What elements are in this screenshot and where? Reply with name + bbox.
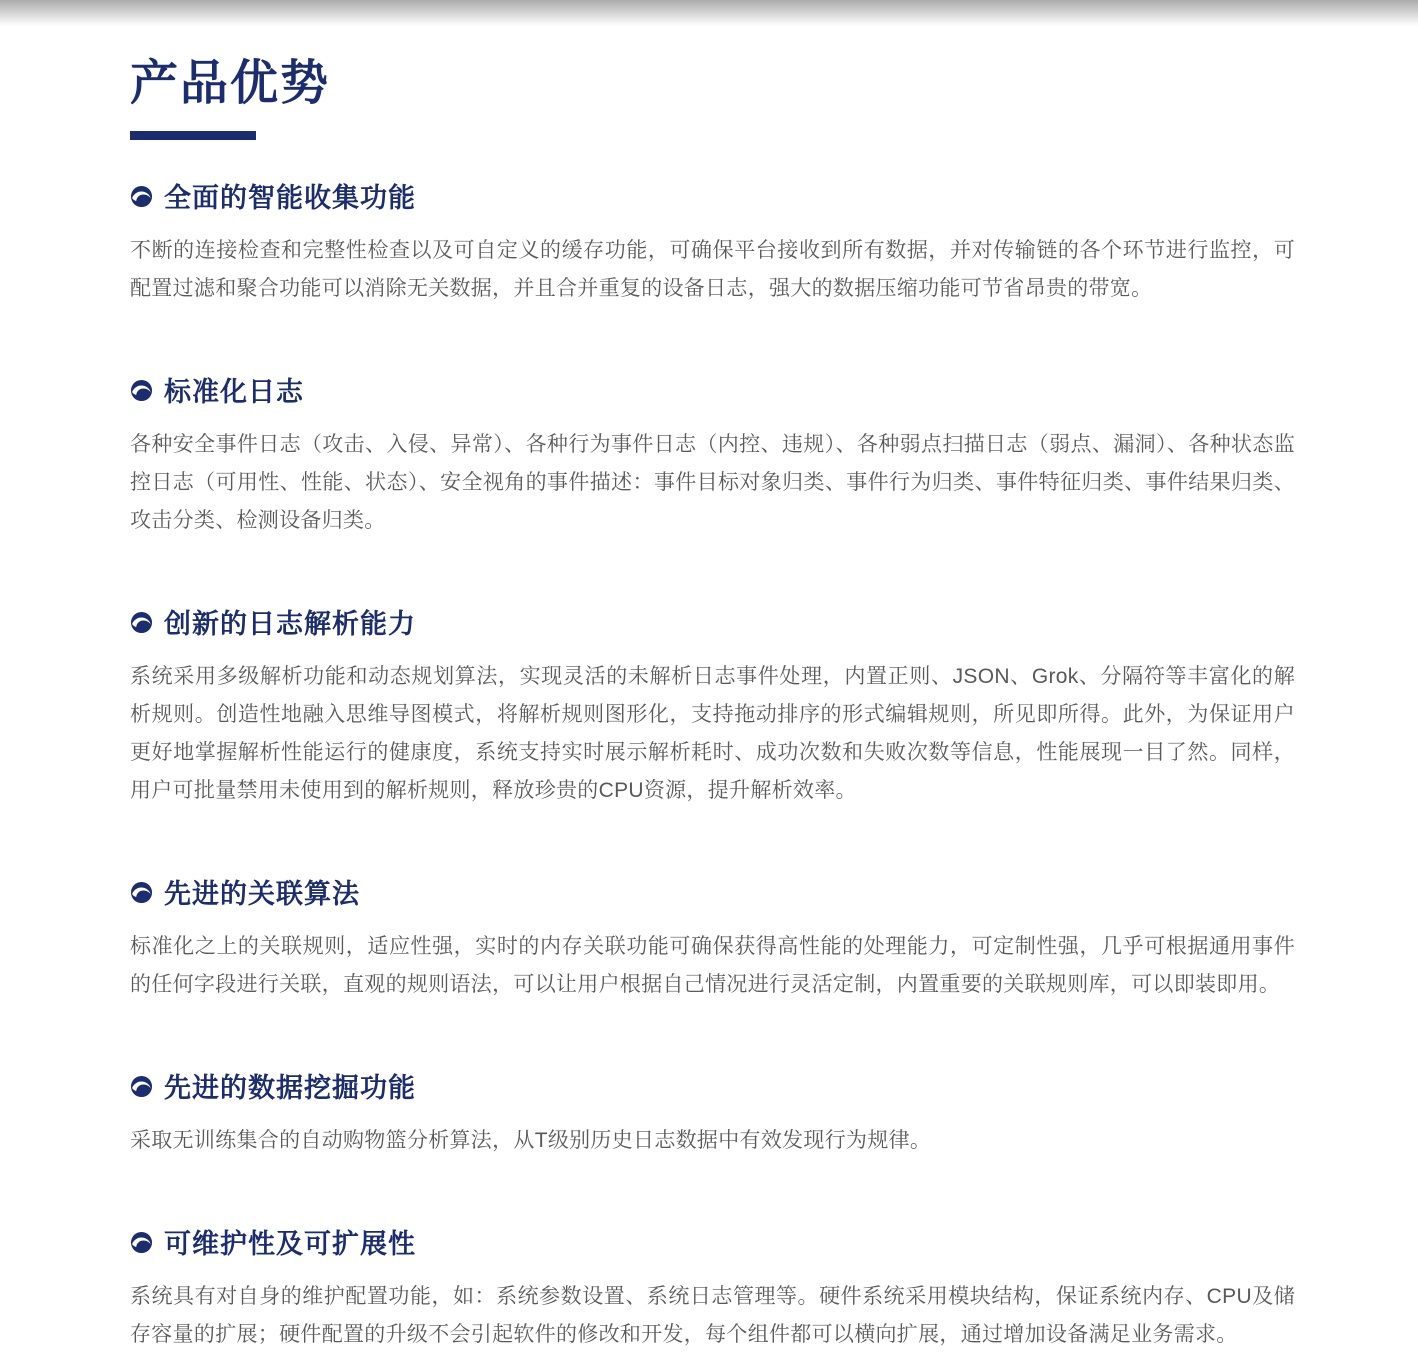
swirl-icon (130, 610, 153, 633)
feature-heading-label: 创新的日志解析能力 (164, 602, 416, 641)
feature-heading: 先进的关联算法 (130, 872, 1295, 911)
feature-heading: 全面的智能收集功能 (130, 176, 1295, 215)
feature-heading: 先进的数据挖掘功能 (130, 1066, 1295, 1105)
feature-section-log-parsing: 创新的日志解析能力 系统采用多级解析功能和动态规划算法，实现灵活的未解析日志事件… (130, 602, 1295, 810)
feature-heading-label: 先进的关联算法 (164, 872, 360, 911)
feature-body: 采取无训练集合的自动购物篮分析算法，从T级别历史日志数据中有效发现行为规律。 (130, 1122, 1295, 1160)
feature-heading: 创新的日志解析能力 (130, 602, 1295, 641)
feature-heading-label: 可维护性及可扩展性 (164, 1222, 416, 1261)
feature-section-standardized-logs: 标准化日志 各种安全事件日志（攻击、入侵、异常）、各种行为事件日志（内控、违规）… (130, 370, 1295, 540)
feature-section-data-mining: 先进的数据挖掘功能 采取无训练集合的自动购物篮分析算法，从T级别历史日志数据中有… (130, 1066, 1295, 1160)
page-title: 产品优势 (130, 56, 1295, 111)
feature-body: 标准化之上的关联规则，适应性强，实时的内存关联功能可确保获得高性能的处理能力，可… (130, 928, 1295, 1004)
feature-body: 不断的连接检查和完整性检查以及可自定义的缓存功能，可确保平台接收到所有数据，并对… (130, 232, 1295, 308)
feature-section-smart-collection: 全面的智能收集功能 不断的连接检查和完整性检查以及可自定义的缓存功能，可确保平台… (130, 176, 1295, 308)
feature-heading: 标准化日志 (130, 370, 1295, 409)
feature-heading-label: 标准化日志 (164, 370, 304, 409)
feature-heading-label: 先进的数据挖掘功能 (164, 1066, 416, 1105)
feature-heading-label: 全面的智能收集功能 (164, 176, 416, 215)
title-underline (130, 131, 256, 140)
feature-section-correlation-algorithm: 先进的关联算法 标准化之上的关联规则，适应性强，实时的内存关联功能可确保获得高性… (130, 872, 1295, 1004)
swirl-icon (130, 880, 153, 903)
product-advantages-page: 产品优势 全面的智能收集功能 不断的连接检查和完整性检查以及可自定义的缓存功能，… (0, 0, 1418, 1354)
feature-body: 各种安全事件日志（攻击、入侵、异常）、各种行为事件日志（内控、违规）、各种弱点扫… (130, 426, 1295, 540)
feature-body: 系统采用多级解析功能和动态规划算法，实现灵活的未解析日志事件处理，内置正则、JS… (130, 658, 1295, 810)
swirl-icon (130, 1074, 153, 1097)
swirl-icon (130, 1230, 153, 1253)
swirl-icon (130, 378, 153, 401)
feature-section-maintainability-scalability: 可维护性及可扩展性 系统具有对自身的维护配置功能，如：系统参数设置、系统日志管理… (130, 1222, 1295, 1354)
swirl-icon (130, 184, 153, 207)
feature-heading: 可维护性及可扩展性 (130, 1222, 1295, 1261)
feature-body: 系统具有对自身的维护配置功能，如：系统参数设置、系统日志管理等。硬件系统采用模块… (130, 1278, 1295, 1354)
